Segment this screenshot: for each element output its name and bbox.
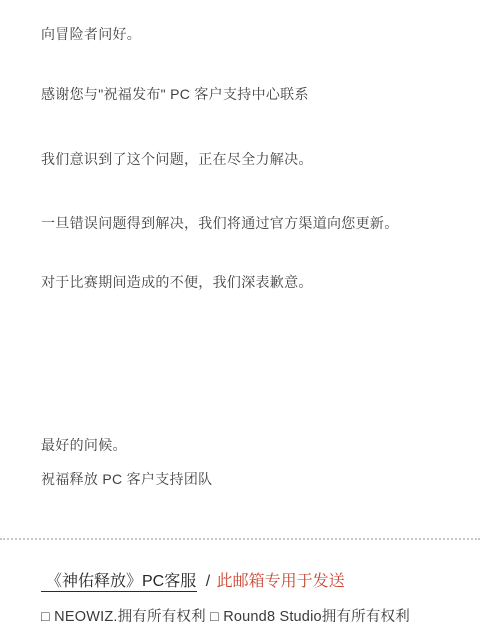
footer-separator: /: [206, 573, 210, 590]
email-footer: 《神佑释放》PC客服 / 此邮箱专用于发送 □ NEOWIZ.拥有所有权利 □ …: [0, 540, 480, 627]
footer-title: 《神佑释放》PC客服 / 此邮箱专用于发送: [41, 570, 450, 594]
copyright-line: □ NEOWIZ.拥有所有权利 □ Round8 Studio拥有所有权利: [41, 607, 450, 627]
closing-line: 最好的问候。: [41, 435, 450, 455]
email-body: 向冒险者问好。 感谢您与"祝福发布" PC 客户支持中心联系 我们意识到了这个问…: [0, 0, 480, 635]
issue-paragraph: 我们意识到了这个问题，正在尽全力解决。: [41, 149, 450, 169]
email-content: 向冒险者问好。 感谢您与"祝福发布" PC 客户支持中心联系 我们意识到了这个问…: [0, 0, 480, 489]
thanks-paragraph: 感谢您与"祝福发布" PC 客户支持中心联系: [41, 84, 450, 104]
apology-paragraph: 对于比赛期间造成的不便，我们深表歉意。: [41, 272, 450, 292]
footer-service-link[interactable]: 《神佑释放》PC客服: [41, 573, 197, 592]
update-paragraph: 一旦错误问题得到解决，我们将通过官方渠道向您更新。: [41, 213, 450, 233]
footer-notice: 此邮箱专用于发送: [217, 573, 345, 590]
signature-line: 祝福释放 PC 客户支持团队: [41, 469, 450, 489]
greeting-paragraph: 向冒险者问好。: [41, 24, 450, 44]
